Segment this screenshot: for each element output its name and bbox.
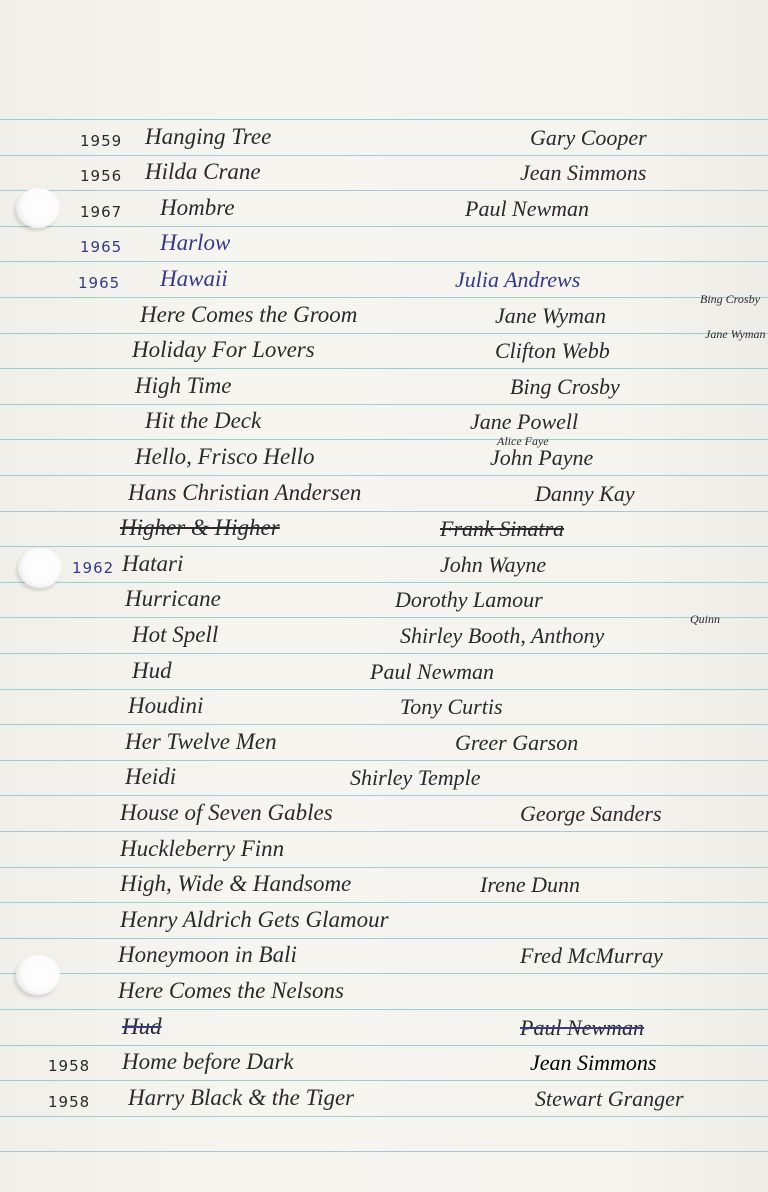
movie-star: Jane Wyman [495, 303, 606, 329]
year: 1965 [80, 238, 122, 256]
movie-title: Hatari [122, 551, 183, 577]
movie-star: Paul Newman [520, 1015, 644, 1041]
margin-note: Quinn [690, 612, 720, 627]
movie-title: Hud [132, 658, 172, 684]
list-item: Hans Christian AndersenDanny Kay [0, 476, 768, 512]
movie-title: Hilda Crane [145, 159, 261, 185]
list-item: Here Comes the GroomJane WymanBing Crosb… [0, 298, 768, 334]
movie-title: Hanging Tree [145, 124, 271, 150]
movie-title: High Time [135, 373, 231, 399]
movie-title: Hans Christian Andersen [128, 480, 361, 506]
list-item: 1958Home before DarkJean Simmons [0, 1045, 768, 1081]
movie-title: Hombre [160, 195, 235, 221]
list-item: Huckleberry Finn [0, 832, 768, 868]
movie-title: Here Comes the Nelsons [118, 978, 344, 1004]
movie-star: Clifton Webb [495, 338, 610, 364]
list-item: Her Twelve MenGreer Garson [0, 725, 768, 761]
movie-title: Holiday For Lovers [132, 337, 315, 363]
margin-note: Bing Crosby [700, 292, 760, 307]
list-item: 1959Hanging TreeGary Cooper [0, 120, 768, 156]
list-item: High, Wide & HandsomeIrene Dunn [0, 867, 768, 903]
movie-star: Greer Garson [455, 730, 578, 756]
list-item: 1967HombrePaul Newman [0, 191, 768, 227]
list-item: Honeymoon in BaliFred McMurray [0, 938, 768, 974]
movie-title: Hawaii [160, 266, 228, 292]
list-item: HurricaneDorothy Lamour [0, 582, 768, 618]
list-item: 1962HatariJohn Wayne [0, 547, 768, 583]
movie-star: Julia Andrews [455, 267, 580, 293]
movie-title: Henry Aldrich Gets Glamour [120, 907, 389, 933]
year: 1962 [72, 559, 114, 577]
movie-title: Huckleberry Finn [120, 836, 284, 862]
list-item: Hit the DeckJane Powell [0, 404, 768, 440]
movie-title: High, Wide & Handsome [120, 871, 351, 897]
list-item: Holiday For LoversClifton WebbJane Wyman [0, 333, 768, 369]
list-item: 1965HawaiiJulia Andrews [0, 262, 768, 298]
list-item: 1965Harlow [0, 226, 768, 262]
movie-star: Irene Dunn [480, 872, 580, 898]
movie-star: Frank Sinatra [440, 516, 564, 542]
list-item: 1958Harry Black & the TigerStewart Grang… [0, 1081, 768, 1117]
list-item: Hello, Frisco HelloJohn PayneAlice Faye [0, 440, 768, 476]
movie-title: Hurricane [125, 586, 221, 612]
list-item: HudPaul Newman [0, 654, 768, 690]
year: 1958 [48, 1057, 90, 1075]
movie-star: Jean Simmons [520, 160, 646, 186]
movie-star: Tony Curtis [400, 694, 503, 720]
margin-note: Alice Faye [497, 434, 549, 449]
list-item: HeidiShirley Temple [0, 760, 768, 796]
movie-title: Hot Spell [132, 622, 218, 648]
list-item: Hot SpellShirley Booth, AnthonyQuinn [0, 618, 768, 654]
list-item: Here Comes the Nelsons [0, 974, 768, 1010]
margin-note: Jane Wyman [705, 327, 766, 342]
movie-star: Fred McMurray [520, 943, 663, 969]
movie-star: Danny Kay [535, 481, 635, 507]
movie-star: John Wayne [440, 552, 546, 578]
movie-star: Gary Cooper [530, 125, 647, 151]
list-item: Higher & HigherFrank Sinatra [0, 511, 768, 547]
movie-star: George Sanders [520, 801, 662, 827]
movie-star: Dorothy Lamour [395, 587, 543, 613]
list-item: High TimeBing Crosby [0, 369, 768, 405]
movie-title: Hello, Frisco Hello [135, 444, 315, 470]
year: 1958 [48, 1093, 90, 1111]
list-item: HudPaul Newman [0, 1010, 768, 1046]
movie-title: Hit the Deck [145, 408, 261, 434]
movie-star: Stewart Granger [535, 1086, 684, 1112]
year: 1956 [80, 167, 122, 185]
movie-title: Here Comes the Groom [140, 302, 357, 328]
movie-title: Heidi [125, 764, 176, 790]
movie-star: Shirley Temple [350, 765, 481, 791]
movie-star: Jean Simmons [530, 1050, 656, 1076]
rule-line [0, 1151, 768, 1152]
list-item: HoudiniTony Curtis [0, 689, 768, 725]
year: 1965 [78, 274, 120, 292]
list-item: 1956Hilda CraneJean Simmons [0, 155, 768, 191]
movie-title: Houdini [128, 693, 203, 719]
movie-star: Paul Newman [465, 196, 589, 222]
list-item: Henry Aldrich Gets Glamour [0, 903, 768, 939]
movie-title: House of Seven Gables [120, 800, 333, 826]
movie-title: Harlow [160, 230, 230, 256]
movie-title: Honeymoon in Bali [118, 942, 297, 968]
movie-star: Jane Powell [470, 409, 578, 435]
list-item: House of Seven GablesGeorge Sanders [0, 796, 768, 832]
movie-title: Harry Black & the Tiger [128, 1085, 354, 1111]
movie-star: Shirley Booth, Anthony [400, 623, 604, 649]
movie-star: Paul Newman [370, 659, 494, 685]
movie-title: Higher & Higher [120, 515, 280, 541]
movie-title: Hud [122, 1014, 162, 1040]
year: 1967 [80, 203, 122, 221]
movie-star: Bing Crosby [510, 374, 620, 400]
year: 1959 [80, 132, 122, 150]
movie-title: Home before Dark [122, 1049, 294, 1075]
movie-title: Her Twelve Men [125, 729, 277, 755]
